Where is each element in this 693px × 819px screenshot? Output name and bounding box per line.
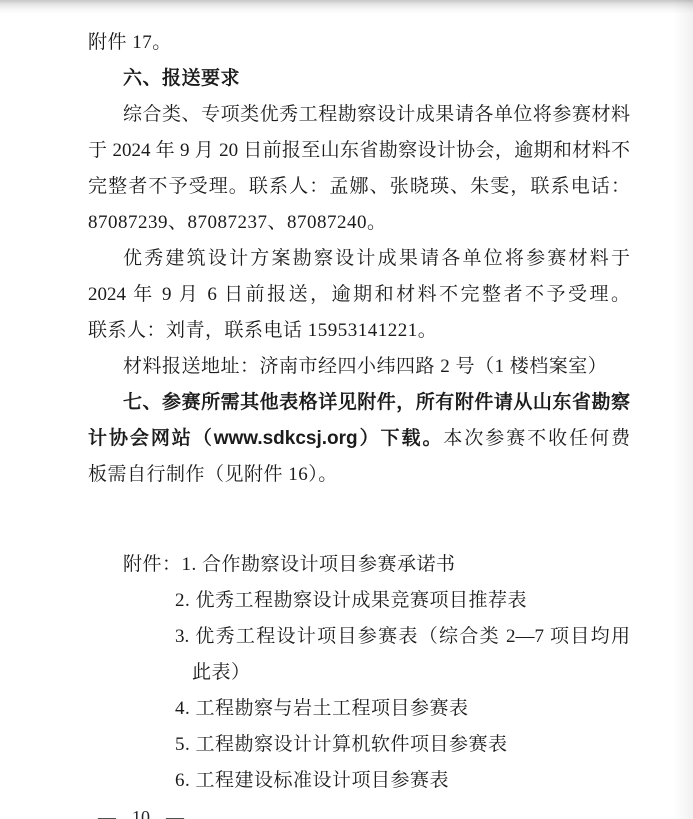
scan-right-shadow [673,0,693,819]
body-text-line: 联系人：刘青，联系电话 15953141221。 [88,313,630,349]
attachment-list-line: 此表） [88,655,630,691]
body-text-line: 完整者不予受理。联系人：孟娜、张晓瑛、朱雯，联系电话：0531— [88,169,630,205]
page-number-dash-right: — [166,807,184,819]
page-number-dash-left: — [98,807,116,819]
body-text-line: 综合类、专项类优秀工程勘察设计成果请各单位将参赛材料 [88,97,630,133]
section-six-heading: 六、报送要求 [88,61,630,97]
body-text-line: 板需自行制作（见附件 16）。 [88,457,630,493]
attachment-list-line: 6. 工程建设标准设计项目参赛表 [88,763,630,799]
body-text-line: 2024 年 9 月 6 日前报送，逾期和材料不完整者不予受理。 [88,277,630,313]
attachment-ref: 附件 17。 [88,25,630,61]
body-text-line: 计协会网站（www.sdkcsj.org）下载。本次参赛不收任何费用，展 [88,421,630,457]
section-seven-heading-line: 七、参赛所需其他表格详见附件，所有附件请从山东省勘察设 [88,385,630,421]
body-text-line: 优秀建筑设计方案勘察设计成果请各单位将参赛材料于 [88,241,630,277]
scan-top-shadow [0,0,693,14]
page-number: — 10 — [88,807,630,819]
website-text: 计协会网站（www.sdkcsj.org）下载。 [88,428,443,449]
body-text-line: 87087239、87087237、87087240。 [88,205,630,241]
attachment-list-line: 4. 工程勘察与岩土工程项目参赛表 [88,691,630,727]
attachment-list-line: 3. 优秀工程设计项目参赛表（综合类 2—7 项目均用 [88,619,630,655]
attachment-list-line: 5. 工程勘察设计计算机软件项目参赛表 [88,727,630,763]
document-page: 附件 17。 六、报送要求 综合类、专项类优秀工程勘察设计成果请各单位将参赛材料… [88,25,630,819]
body-text-line: 于 2024 年 9 月 20 日前报至山东省勘察设计协会，逾期和材料不 [88,133,630,169]
page-number-value: 10 [132,807,150,819]
submission-address-line: 材料报送地址：济南市经四小纬四路 2 号（1 楼档案室） [88,349,630,385]
attachment-list-line: 2. 优秀工程勘察设计成果竞赛项目推荐表 [88,583,630,619]
blank-space [88,493,630,547]
attachment-list-line: 附件：1. 合作勘察设计项目参赛承诺书 [88,547,630,583]
